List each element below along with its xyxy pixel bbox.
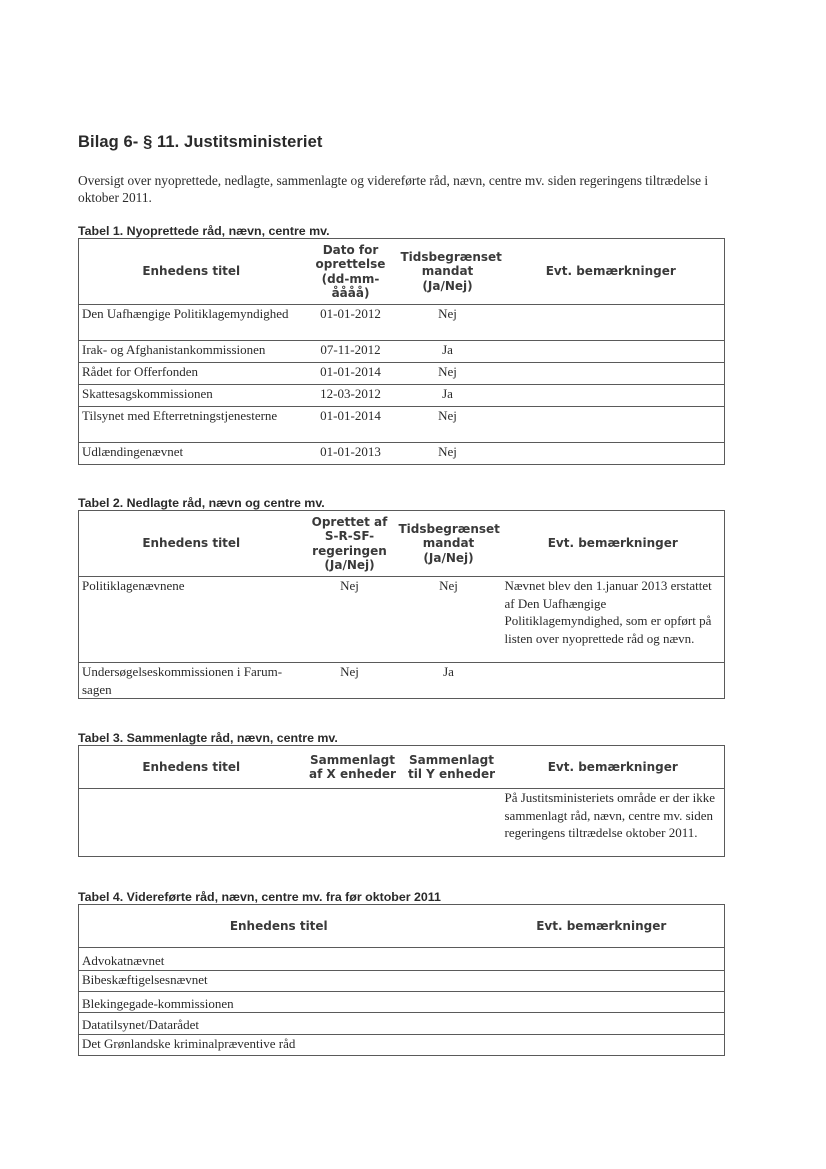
table-row: Undersøgelseskommissionen i Farum-sagen … — [79, 663, 725, 699]
col-header-date: Dato for oprettelse (dd-mm-åååå) — [304, 239, 398, 305]
col-header-created-by-gov: Oprettet af S-R-SF-regeringen (Ja/Nej) — [304, 511, 396, 577]
col-header-mandate: Tidsbegrænset mandat (Ja/Nej) — [396, 511, 502, 577]
col-header-title: Enhedens titel — [79, 239, 304, 305]
col-header-title: Enhedens titel — [79, 746, 304, 789]
table-row: Blekingegade-kommissionen — [79, 991, 725, 1013]
table-row: Advokatnævnet — [79, 948, 725, 971]
table-row: Udlændingenævnet 01-01-2013 Nej — [79, 443, 725, 465]
table-row: Politiklagenævnene Nej Nej Nævnet blev d… — [79, 577, 725, 663]
table-row: På Justitsministeriets område er der ikk… — [79, 789, 725, 857]
col-header-title: Enhedens titel — [79, 905, 479, 948]
table-row: Bibeskæftigelsesnævnet — [79, 970, 725, 991]
col-header-title: Enhedens titel — [79, 511, 304, 577]
table1-caption: Tabel 1. Nyoprettede råd, nævn, centre m… — [78, 224, 330, 238]
col-header-remarks: Evt. bemærkninger — [479, 905, 725, 948]
col-header-remarks: Evt. bemærkninger — [502, 511, 725, 577]
table4-caption: Tabel 4. Videreførte råd, nævn, centre m… — [78, 890, 441, 904]
table-continued-units: Enhedens titel Evt. bemærkninger Advokat… — [78, 904, 725, 1056]
table-row: Tilsynet med Efterretningstjenesterne 01… — [79, 407, 725, 443]
table-merged-units: Enhedens titel Sammenlagt af X enheder S… — [78, 745, 725, 857]
table-row: Den Uafhængige Politiklagemyndighed 01-0… — [79, 305, 725, 341]
col-header-merged-from: Sammenlagt af X enheder — [304, 746, 402, 789]
col-header-mandate: Tidsbegrænset mandat (Ja/Nej) — [398, 239, 498, 305]
col-header-remarks: Evt. bemærkninger — [498, 239, 725, 305]
table-row: Datatilsynet/Datarådet — [79, 1013, 725, 1035]
intro-paragraph: Oversigt over nyoprettede, nedlagte, sam… — [78, 172, 738, 206]
page-title: Bilag 6- § 11. Justitsministeriet — [78, 133, 322, 152]
col-header-remarks: Evt. bemærkninger — [502, 746, 725, 789]
col-header-merged-to: Sammenlagt til Y enheder — [402, 746, 502, 789]
table-closed-units: Enhedens titel Oprettet af S-R-SF-regeri… — [78, 510, 725, 699]
table2-caption: Tabel 2. Nedlagte råd, nævn og centre mv… — [78, 496, 325, 510]
table-row: Rådet for Offerfonden 01-01-2014 Nej — [79, 363, 725, 385]
table-row: Skattesagskommissionen 12-03-2012 Ja — [79, 385, 725, 407]
table3-caption: Tabel 3. Sammenlagte råd, nævn, centre m… — [78, 731, 338, 745]
table-new-units: Enhedens titel Dato for oprettelse (dd-m… — [78, 238, 725, 465]
table-row: Irak- og Afghanistankommissionen 07-11-2… — [79, 341, 725, 363]
table-row: Det Grønlandske kriminalpræventive råd — [79, 1034, 725, 1055]
